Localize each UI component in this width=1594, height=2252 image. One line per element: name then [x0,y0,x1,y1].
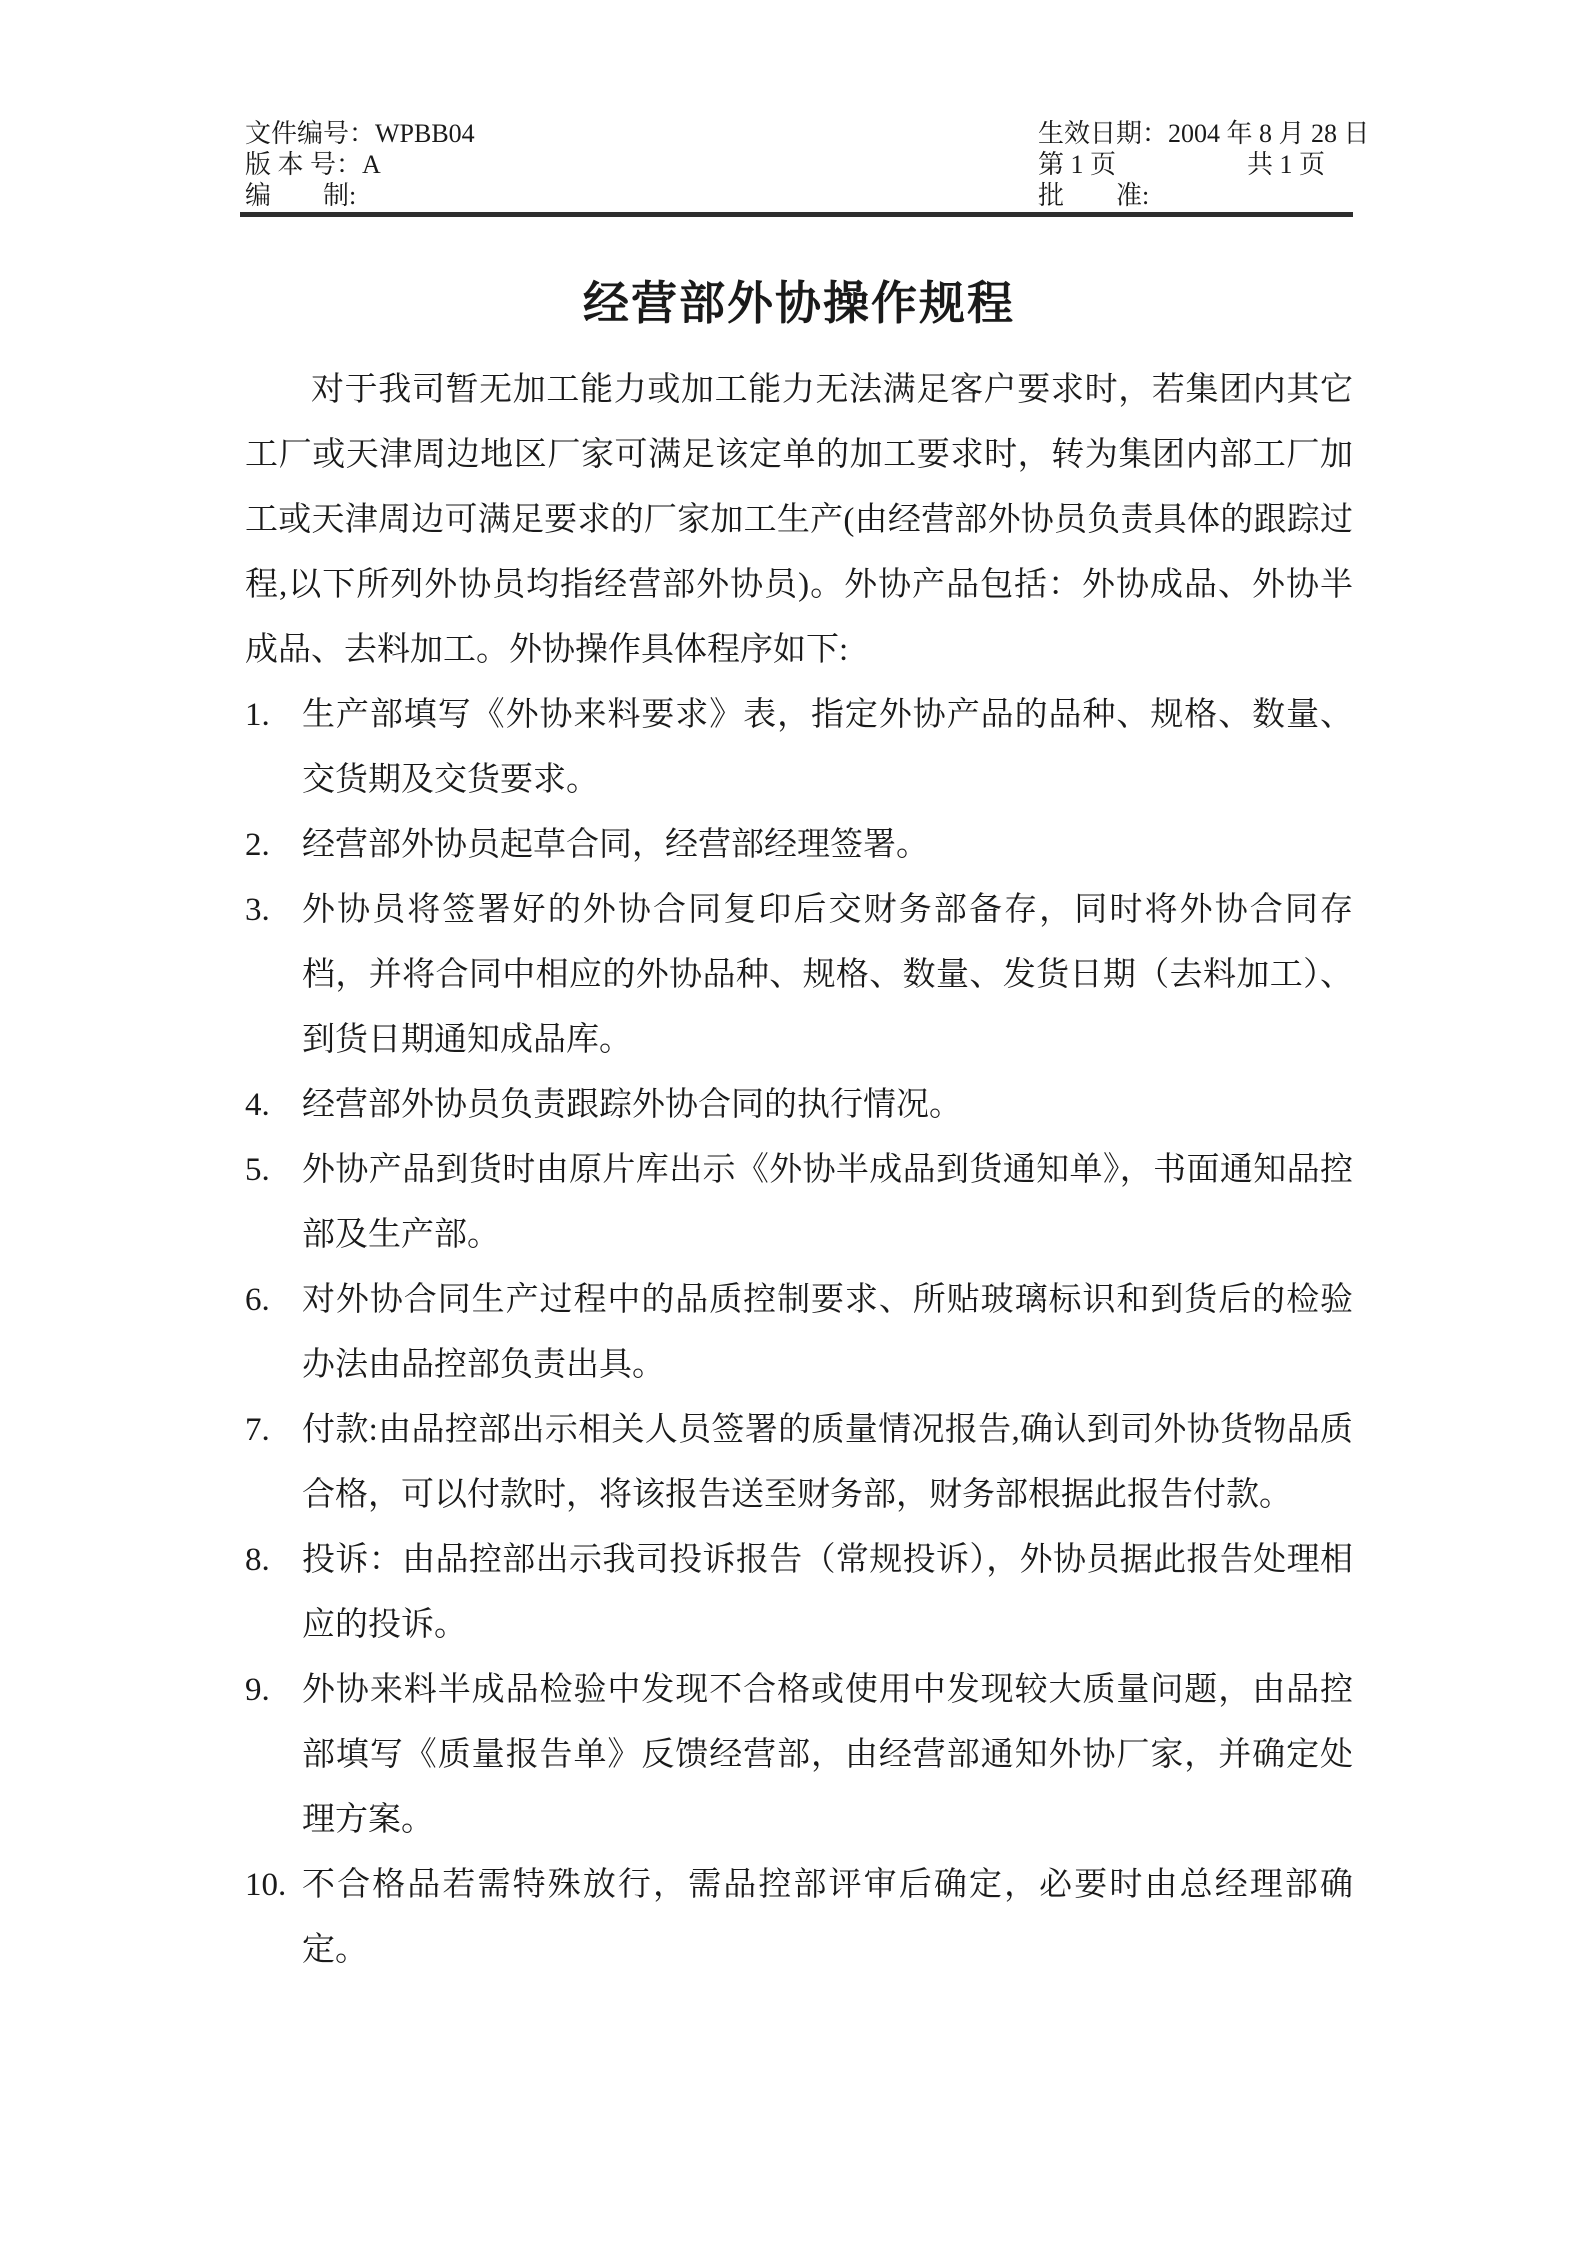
header-right-column: 生效日期：2004 年 8 月 28 日 第 1 页 共 1 页 批 准: [1038,118,1353,211]
list-item: 8. 投诉：由品控部出示我司投诉报告（常规投诉），外协员据此报告处理相应的投诉。 [245,1528,1353,1658]
item-number: 8. [245,1528,302,1593]
approved-by: 批 准: [1038,180,1353,211]
item-text: 经营部外协员负责跟踪外协合同的执行情况。 [302,1073,1353,1138]
effective-date: 生效日期：2004 年 8 月 28 日 [1038,118,1353,149]
list-item: 1. 生产部填写《外协来料要求》表，指定外协产品的品种、规格、数量、交货期及交货… [245,683,1353,813]
list-item: 7. 付款:由品控部出示相关人员签署的质量情况报告,确认到司外协货物品质合格，可… [245,1398,1353,1528]
page-total: 共 1 页 [1247,149,1325,180]
document-header: 文件编号：WPBB04 版 本 号：A 编 制: 生效日期：2004 年 8 月… [245,118,1353,211]
item-number: 7. [245,1398,302,1463]
item-number: 9. [245,1658,302,1723]
item-number: 4. [245,1073,302,1138]
item-text: 生产部填写《外协来料要求》表，指定外协产品的品种、规格、数量、交货期及交货要求。 [302,683,1353,813]
list-item: 5. 外协产品到货时由原片库出示《外协半成品到货通知单》，书面通知品控部及生产部… [245,1138,1353,1268]
item-text: 外协产品到货时由原片库出示《外协半成品到货通知单》，书面通知品控部及生产部。 [302,1138,1353,1268]
list-item: 10. 不合格品若需特殊放行，需品控部评审后确定，必要时由总经理部确定。 [245,1853,1353,1983]
item-text: 付款:由品控部出示相关人员签署的质量情况报告,确认到司外协货物品质合格，可以付款… [302,1398,1353,1528]
item-number: 6. [245,1268,302,1333]
doc-number: 文件编号：WPBB04 [245,118,475,149]
procedure-list: 1. 生产部填写《外协来料要求》表，指定外协产品的品种、规格、数量、交货期及交货… [245,683,1353,1983]
document-body: 对于我司暂无加工能力或加工能力无法满足客户要求时，若集团内其它工厂或天津周边地区… [245,358,1353,1983]
header-left-column: 文件编号：WPBB04 版 本 号：A 编 制: [245,118,475,211]
document-page: 文件编号：WPBB04 版 本 号：A 编 制: 生效日期：2004 年 8 月… [0,0,1594,2252]
page-title: 经营部外协操作规程 [245,272,1353,336]
item-text: 不合格品若需特殊放行，需品控部评审后确定，必要时由总经理部确定。 [302,1853,1353,1983]
item-number: 1. [245,683,302,748]
item-text: 外协来料半成品检验中发现不合格或使用中发现较大质量问题，由品控部填写《质量报告单… [302,1658,1353,1853]
item-text: 外协员将签署好的外协合同复印后交财务部备存，同时将外协合同存档，并将合同中相应的… [302,878,1353,1073]
page-numbers: 第 1 页 共 1 页 [1038,149,1353,180]
intro-paragraph: 对于我司暂无加工能力或加工能力无法满足客户要求时，若集团内其它工厂或天津周边地区… [245,358,1353,683]
item-number: 5. [245,1138,302,1203]
list-item: 2. 经营部外协员起草合同，经营部经理签署。 [245,813,1353,878]
list-item: 6. 对外协合同生产过程中的品质控制要求、所贴玻璃标识和到货后的检验办法由品控部… [245,1268,1353,1398]
list-item: 9. 外协来料半成品检验中发现不合格或使用中发现较大质量问题，由品控部填写《质量… [245,1658,1353,1853]
doc-version: 版 本 号：A [245,149,475,180]
item-text: 对外协合同生产过程中的品质控制要求、所贴玻璃标识和到货后的检验办法由品控部负责出… [302,1268,1353,1398]
item-number: 10. [245,1853,302,1918]
list-item: 3. 外协员将签署好的外协合同复印后交财务部备存，同时将外协合同存档，并将合同中… [245,878,1353,1073]
item-number: 2. [245,813,302,878]
header-divider-rule [240,212,1353,217]
item-number: 3. [245,878,302,943]
item-text: 投诉：由品控部出示我司投诉报告（常规投诉），外协员据此报告处理相应的投诉。 [302,1528,1353,1658]
list-item: 4. 经营部外协员负责跟踪外协合同的执行情况。 [245,1073,1353,1138]
prepared-by: 编 制: [245,180,475,211]
page-current: 第 1 页 [1038,149,1116,180]
item-text: 经营部外协员起草合同，经营部经理签署。 [302,813,1353,878]
